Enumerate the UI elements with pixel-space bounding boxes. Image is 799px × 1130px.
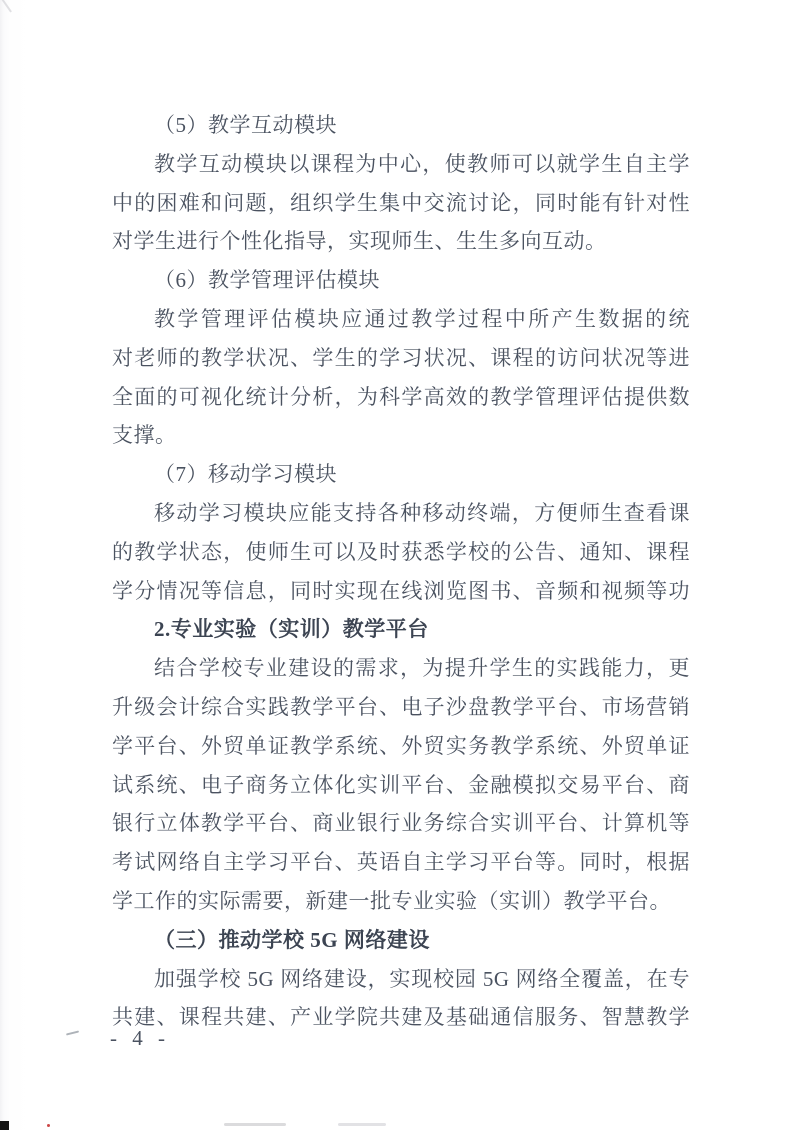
scan-artifact-smudge xyxy=(338,1123,386,1126)
text-line: 对学生进行个性化指导，实现师生、生生多向互动。 xyxy=(112,222,690,261)
text-line: （7）移动学习模块 xyxy=(112,455,690,494)
text-line: 对老师的教学状况、学生的学习状况、课程的访问状况等进行 xyxy=(112,339,690,378)
text-line: （5）教学互动模块 xyxy=(112,106,690,145)
text-line: 加强学校 5G 网络建设，实现校园 5G 网络全覆盖，在专业 xyxy=(112,960,690,999)
text-line: 中的困难和问题，组织学生集中交流讨论，同时能有针对性地 xyxy=(112,184,690,223)
text-line: 学工作的实际需要，新建一批专业实验（实训）教学平台。 xyxy=(112,882,690,921)
text-line: 学平台、外贸单证教学系统、外贸实务教学系统、外贸单证考 xyxy=(112,727,690,766)
text-line: 试系统、电子商务立体化实训平台、金融模拟交易平台、商业 xyxy=(112,766,690,805)
scan-artifact-red-dot xyxy=(47,1124,50,1127)
page-number: - 4 - xyxy=(110,1026,170,1051)
text-line: 教学互动模块以课程为中心，使教师可以就学生自主学习 xyxy=(112,145,690,184)
text-line: 结合学校专业建设的需求，为提升学生的实践能力，更新 xyxy=(112,649,690,688)
text-line: 全面的可视化统计分析，为科学高效的教学管理评估提供数据 xyxy=(112,378,690,417)
text-line: 移动学习模块应能支持各种移动终端，方便师生查看课程 xyxy=(112,494,690,533)
text-line: 教学管理评估模块应通过教学过程中所产生数据的统计， xyxy=(112,300,690,339)
text-line: 学分情况等信息，同时实现在线浏览图书、音频和视频等功能。 xyxy=(112,572,690,611)
text-line: 升级会计综合实践教学平台、电子沙盘教学平台、市场营销教 xyxy=(112,688,690,727)
scan-artifact-corner-scratch xyxy=(0,0,12,12)
text-line: 2.专业实验（实训）教学平台 xyxy=(112,610,690,649)
text-line: 考试网络自主学习平台、英语自主学习平台等。同时，根据教 xyxy=(112,843,690,882)
text-line: 支撑。 xyxy=(112,416,690,455)
text-line: （三）推动学校 5G 网络建设 xyxy=(112,921,690,960)
scan-artifact-smudge xyxy=(224,1123,286,1126)
text-line: 的教学状态，使师生可以及时获悉学校的公告、通知、课程表、 xyxy=(112,533,690,572)
text-line: 共建、课程共建、产业学院共建及基础通信服务、智慧教学等 xyxy=(112,998,690,1037)
text-line: （6）教学管理评估模块 xyxy=(112,261,690,300)
document-page: （5）教学互动模块教学互动模块以课程为中心，使教师可以就学生自主学习中的困难和问… xyxy=(0,0,799,1130)
text-line: 银行立体教学平台、商业银行业务综合实训平台、计算机等级 xyxy=(112,804,690,843)
scan-artifact-black-corner xyxy=(0,1121,9,1130)
scan-artifact-tick xyxy=(66,1030,79,1035)
document-text-block: （5）教学互动模块教学互动模块以课程为中心，使教师可以就学生自主学习中的困难和问… xyxy=(112,106,690,1037)
